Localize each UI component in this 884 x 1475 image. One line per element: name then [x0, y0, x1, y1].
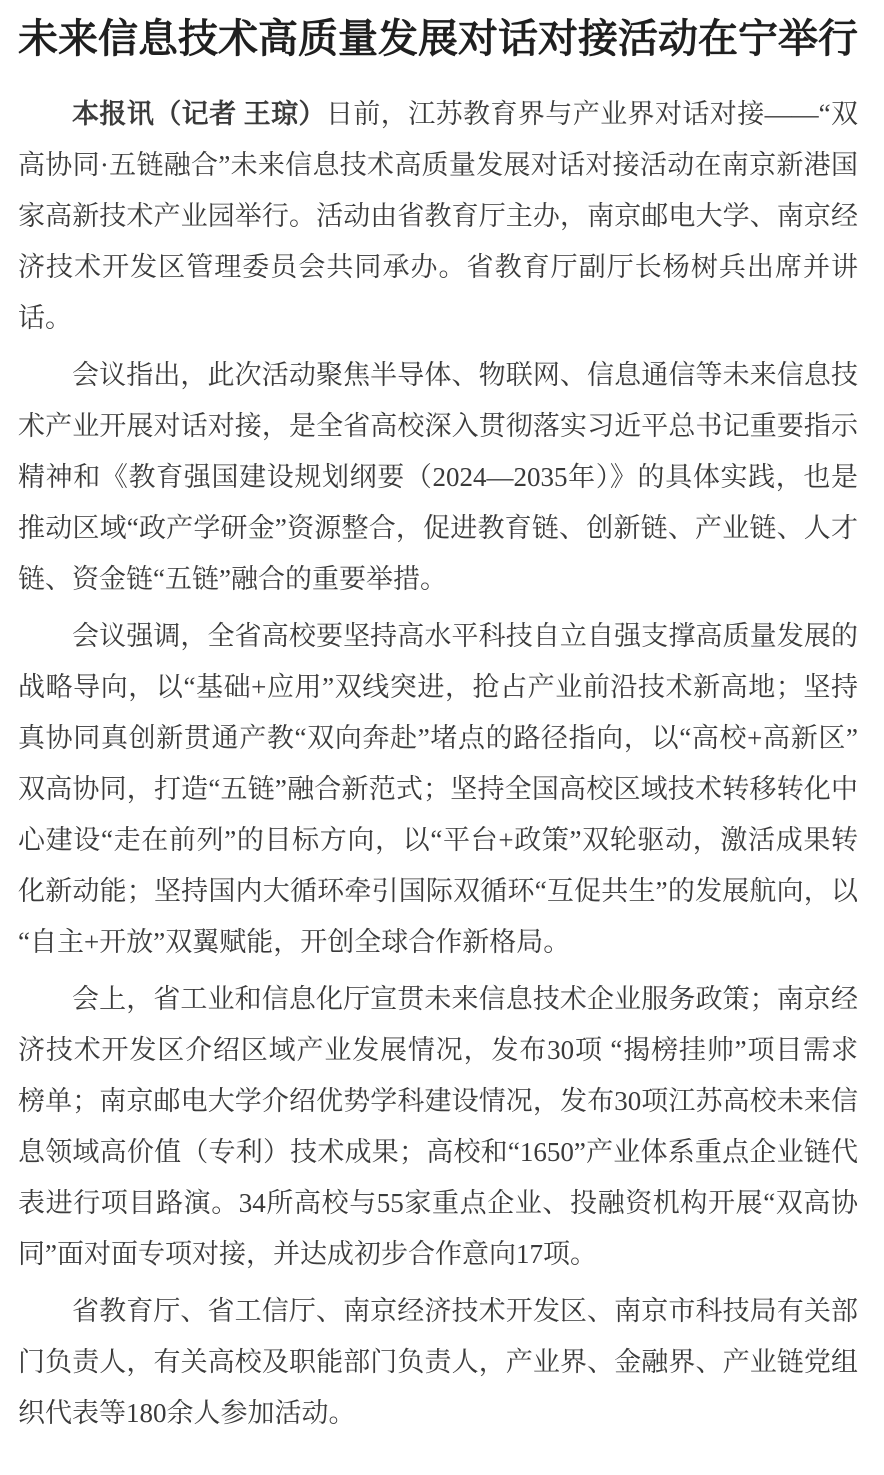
article-title: 未来信息技术高质量发展对话对接活动在宁举行: [18, 16, 858, 63]
paragraph-text: 会议指出，此次活动聚焦半导体、物联网、信息通信等未来信息技术产业开展对话对接，是…: [18, 360, 858, 594]
article-body: 本报讯（记者 王琼）日前，江苏教育界与产业界对话对接——“双高协同·五链融合”未…: [18, 89, 858, 1439]
paragraph-attendees: 省教育厅、省工信厅、南京经济技术开发区、南京市科技局有关部门负责人，有关高校及职…: [18, 1286, 858, 1439]
paragraph-event-activities: 会上，省工业和信息化厅宣贯未来信息技术企业服务政策；南京经济技术开发区介绍区域产…: [18, 974, 858, 1280]
paragraph-text: 会议强调，全省高校要坚持高水平科技自立自强支撑高质量发展的战略导向，以“基础+应…: [18, 621, 858, 957]
article-page: 未来信息技术高质量发展对话对接活动在宁举行 本报讯（记者 王琼）日前，江苏教育界…: [0, 0, 884, 1475]
paragraph-meeting-emphasized: 会议强调，全省高校要坚持高水平科技自立自强支撑高质量发展的战略导向，以“基础+应…: [18, 611, 858, 968]
paragraph-meeting-pointed-out: 会议指出，此次活动聚焦半导体、物联网、信息通信等未来信息技术产业开展对话对接，是…: [18, 350, 858, 605]
paragraph-text: 会上，省工业和信息化厅宣贯未来信息技术企业服务政策；南京经济技术开发区介绍区域产…: [18, 984, 858, 1269]
paragraph-intro-text: 日前，江苏教育界与产业界对话对接——“双高协同·五链融合”未来信息技术高质量发展…: [18, 99, 858, 333]
paragraph-intro: 本报讯（记者 王琼）日前，江苏教育界与产业界对话对接——“双高协同·五链融合”未…: [18, 89, 858, 344]
byline-lead: 本报讯（记者 王琼）: [72, 99, 326, 129]
paragraph-text: 省教育厅、省工信厅、南京经济技术开发区、南京市科技局有关部门负责人，有关高校及职…: [18, 1296, 858, 1428]
